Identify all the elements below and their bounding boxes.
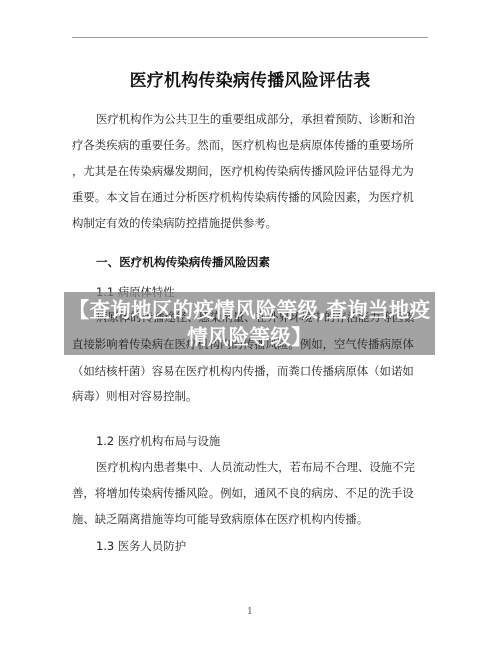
section-heading: 一、医疗机构传染病传播风险因素 [96, 254, 270, 270]
subsection-heading: 1.3 医务人员防护 [96, 538, 186, 554]
paragraph-line: 重要。本文旨在通过分析医疗机构传染病传播的风险因素，为医疗机 [72, 189, 414, 205]
paragraph-line: 施、缺乏隔离措施等均可能导致病原体在医疗机构内传播。 [72, 511, 368, 527]
paragraph-line: 医疗机构作为公共卫生的重要组成部分，承担着预防、诊断和治 [96, 111, 415, 127]
header-rule [72, 37, 428, 38]
paragraph-line: （如结核杆菌）容易在医疗机构内传播，而粪口传播病原体（如诺如 [72, 363, 414, 379]
document-page: 医疗机构传染病传播风险评估表 医疗机构作为公共卫生的重要组成部分，承担着预防、诊… [0, 0, 500, 647]
paragraph-line: 善，将增加传染病传播风险。例如，通风不良的病房、不足的洗手设 [72, 485, 414, 501]
subsection-heading: 1.2 医疗机构布局与设施 [96, 433, 220, 449]
paragraph-line: 疗各类疾病的重要任务。然而，医疗机构也是病原体传播的重要场所 [72, 137, 414, 153]
paragraph-line: ，尤其是在传染病爆发期间，医疗机构传染病传播风险评估显得尤为 [72, 163, 414, 179]
page-number: 1 [0, 607, 500, 617]
banner-title: 【查询地区的疫情风险等级,查询当地疫情风险等级】 [64, 292, 435, 355]
paragraph-line: 构制定有效的传染病防控措施提供参考。 [72, 215, 277, 231]
paragraph-line: 病毒）则相对容易控制。 [72, 388, 197, 404]
paragraph-line: 医疗机构内患者集中、人员流动性大，若布局不合理、设施不完 [96, 459, 415, 475]
document-title: 医疗机构传染病传播风险评估表 [0, 69, 500, 93]
